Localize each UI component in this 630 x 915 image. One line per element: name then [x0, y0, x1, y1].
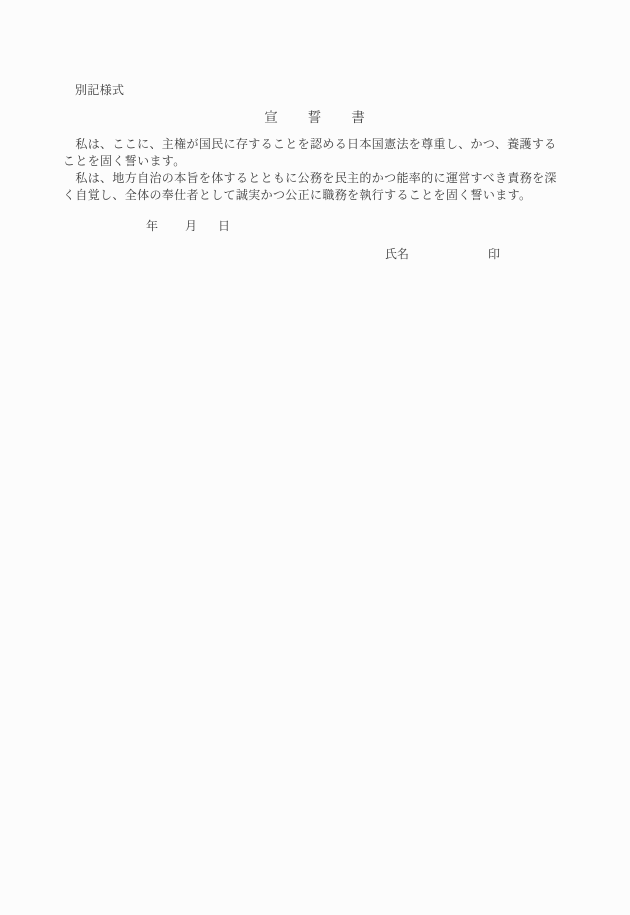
paragraph-line: く自覚し、全体の奉仕者として誠実かつ公正に職務を執行することを固く誓います。	[63, 187, 575, 204]
paragraph-line: 私は、ここに、主権が国民に存することを認める日本国憲法を尊重し、かつ、養護する	[63, 136, 575, 153]
date-month-label: 月	[185, 218, 197, 235]
date-day-label: 日	[218, 218, 230, 235]
oath-paragraph-public-service: 私は、地方自治の本旨を体するとともに公務を民主的かつ能率的に運営すべき責務を深 …	[63, 170, 575, 204]
oath-document-page: 別記様式 宣 誓 書 私は、ここに、主権が国民に存することを認める日本国憲法を尊…	[0, 0, 630, 915]
date-year-label: 年	[146, 218, 158, 235]
document-title: 宣 誓 書	[0, 108, 630, 127]
paragraph-line: ことを固く誓います。	[63, 153, 575, 170]
oath-paragraph-constitution: 私は、ここに、主権が国民に存することを認める日本国憲法を尊重し、かつ、養護する …	[63, 136, 575, 170]
form-label: 別記様式	[75, 82, 124, 99]
signature-name-label: 氏名	[385, 246, 409, 263]
signature-seal-label: 印	[488, 246, 500, 263]
paragraph-line: 私は、地方自治の本旨を体するとともに公務を民主的かつ能率的に運営すべき責務を深	[63, 170, 575, 187]
